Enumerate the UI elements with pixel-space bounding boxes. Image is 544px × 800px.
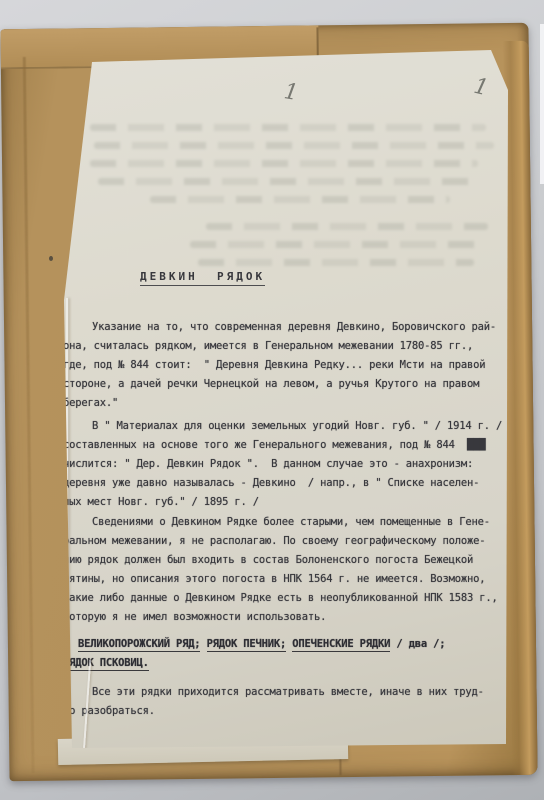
text-line: которую я не имел возможности использова… xyxy=(63,608,505,627)
paragraph-3: Сведениями о Девкином Рядке более старым… xyxy=(63,513,505,627)
text-line: она, считалась рядком, имеется в Генерал… xyxy=(63,337,505,356)
subheading-term: ВЕЛИКОПОРОЖСКИЙ РЯД; xyxy=(78,638,200,652)
text-line: но разобраться. xyxy=(63,702,505,721)
subheading-term: РЯДОК ПСКОВИЦ. xyxy=(63,657,149,671)
folder-right-edge xyxy=(503,41,538,775)
document-title: ДЕВКИН РЯДОК xyxy=(63,248,505,305)
subheading: ВЕЛИКОПОРОЖСКИЙ РЯД; РЯДОК ПЕЧНИК; ОПЕЧЕ… xyxy=(63,635,505,673)
typewritten-page: 1 1 ДЕВКИН РЯДОК Указание на то, что сов… xyxy=(56,48,508,752)
paper-speck xyxy=(49,256,53,261)
text-line: Сведениями о Девкином Рядке более старым… xyxy=(63,513,505,532)
text-line: ральном межевании, я не располагаю. По с… xyxy=(63,532,505,551)
closing-paragraph: Все эти рядки приходится рассматривать в… xyxy=(63,683,505,721)
text-line: деревня уже давно называлась - Девкино /… xyxy=(63,474,505,493)
text-line: какие либо данные о Девкином Рядке есть … xyxy=(63,589,505,608)
document-text: ДЕВКИН РЯДОК Указание на то, что совреме… xyxy=(63,48,505,721)
photo-backdrop: 1 1 ДЕВКИН РЯДОК Указание на то, что сов… xyxy=(0,0,544,800)
subheading-term: ОПЕЧЕНСКИЕ РЯДКИ xyxy=(292,638,390,652)
text-line: стороне, а дачей речки Чернецкой на лево… xyxy=(63,375,505,394)
text-line: Все эти рядки приходится рассматривать в… xyxy=(63,683,505,702)
subheading-separator: / два /; xyxy=(390,638,445,650)
text-line: Указание на то, что современная деревня … xyxy=(63,318,505,337)
text-line: В " Материалах для оценки земельных угод… xyxy=(63,417,505,436)
paragraph-1: Указание на то, что современная деревня … xyxy=(63,318,505,413)
text-line: составленных на основе того же Генеральн… xyxy=(63,436,505,455)
subheading-term: РЯДОК ПЕЧНИК; xyxy=(207,638,287,652)
subheading-line: РЯДОК ПСКОВИЦ. xyxy=(63,654,505,673)
subheading-separator xyxy=(200,638,206,650)
text-line: берегах." xyxy=(63,394,505,413)
text-line: числится: " Дер. Девкин Рядок ". В данно… xyxy=(63,455,505,474)
document-title-text: ДЕВКИН РЯДОК xyxy=(140,270,265,286)
text-line: ных мест Новг. губ." / 1895 г. / xyxy=(63,493,505,512)
text-line: нию рядок должен был входить в состав Бо… xyxy=(63,551,505,570)
folder-fold-line xyxy=(23,57,35,773)
photo-edge-highlight xyxy=(540,24,544,184)
text-line: где, под № 844 стоит: " Деревня Девкина … xyxy=(63,356,505,375)
paragraph-2: В " Материалах для оценки земельных угод… xyxy=(63,417,505,512)
text-line: пятины, но описания этого погоста в НПК … xyxy=(63,570,505,589)
subheading-line: ВЕЛИКОПОРОЖСКИЙ РЯД; РЯДОК ПЕЧНИК; ОПЕЧЕ… xyxy=(63,635,505,654)
